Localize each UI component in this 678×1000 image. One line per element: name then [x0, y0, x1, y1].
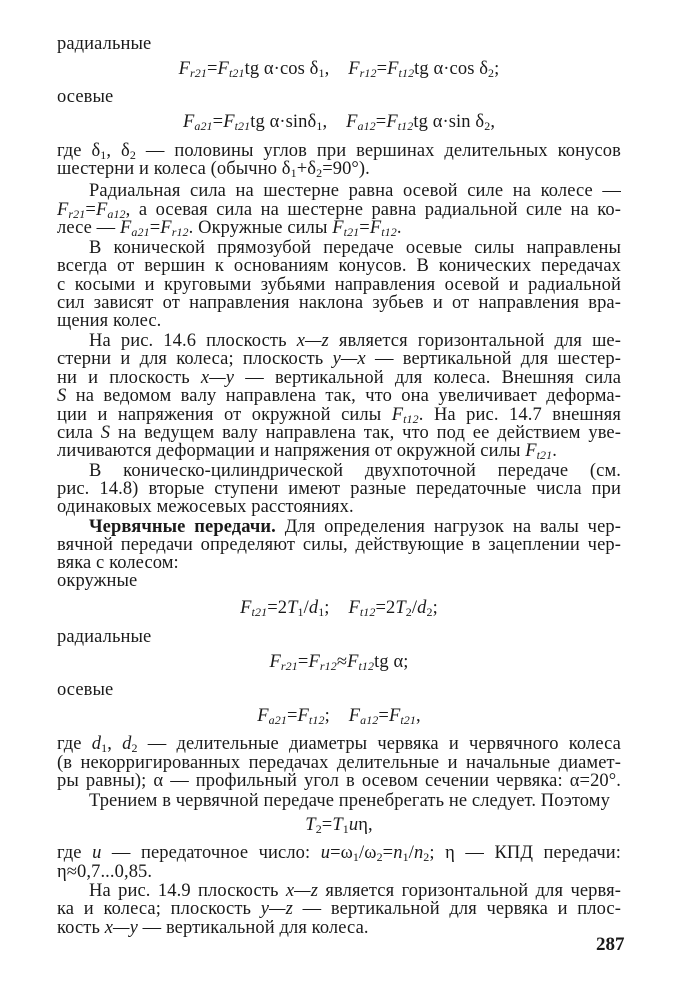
- formula-torque: T2=T1uη,: [0, 814, 678, 836]
- text-line: радиальные: [57, 33, 621, 55]
- page-number: 287: [596, 934, 625, 956]
- formula-worm-circumferential: Ft21=2T1/d1; Ft12=2T2/d2;: [0, 597, 678, 619]
- text-line: радиальные: [57, 626, 621, 648]
- text-line: осевые: [57, 679, 621, 701]
- text-line: шестерни и колеса (обычно δ1+δ2=90°).: [57, 158, 621, 180]
- formula-axial-bevel: Fa21=Ft21tg α·sinδ1, Fa12=Ft12tg α·sin δ…: [0, 111, 678, 133]
- text-line: кость x—y — вертикальной для колеса.: [57, 917, 621, 939]
- text-line: Трением в червячной передаче пренебрегат…: [89, 790, 621, 812]
- text-line: ры равны); α — профильный угол в осевом …: [57, 770, 621, 792]
- text-line: лесе — Fa21=Fr12. Окружные силы Ft21=Ft1…: [57, 217, 621, 239]
- document-page: радиальные Fr21=Ft21tg α·cos δ1, Fr12=Ft…: [0, 0, 678, 1000]
- formula-worm-axial: Fa21=Ft12; Fa12=Ft21,: [0, 705, 678, 727]
- text-line: щения колес.: [57, 310, 621, 332]
- formula-worm-radial: Fr21=Fr12≈Ft12tg α;: [0, 651, 678, 673]
- text-line: осевые: [57, 86, 621, 108]
- text-line: одинаковых межосевых расстояниях.: [57, 496, 621, 518]
- text-line: личиваются деформации и напряжения от ок…: [57, 440, 621, 462]
- formula-radial-bevel: Fr21=Ft21tg α·cos δ1, Fr12=Ft12tg α·cos …: [0, 58, 678, 80]
- text-line: окружные: [57, 570, 621, 592]
